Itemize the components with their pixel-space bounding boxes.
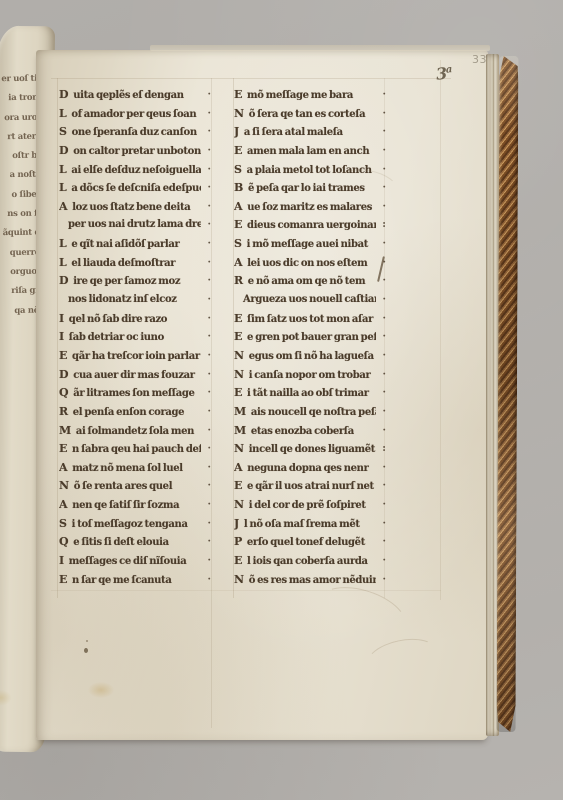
verse-line: Nõ ſe renta ares quel· — [59, 477, 211, 496]
verse-line: Iqel nõ ſab dire razo· — [59, 310, 211, 329]
facing-page-fragment: qa nõ — [0, 301, 39, 321]
line-end-dot: · — [201, 496, 211, 515]
line-end-dot: · — [376, 105, 386, 124]
line-end-dot: · — [376, 552, 386, 571]
verse-text: Aue ſoz maritz es malares — [234, 198, 376, 217]
verse-text: Negus om ſi nõ ha lagueſa — [234, 347, 376, 366]
verse-text: Ni canſa nopor om trobar — [234, 366, 376, 385]
line-end-dot: · — [201, 384, 211, 403]
verse-text: Ee qãr il uos atrai nurſ net — [234, 477, 376, 496]
verse-text: Si mõ meſſage auei nibat — [234, 235, 376, 254]
verse-text: En ſabra qeu hai pauch deſen — [59, 440, 201, 459]
verse-text: En ſar qe me ſcanuta — [59, 571, 201, 590]
verse-line: Ei tãt nailla ao obſ trimar· — [234, 384, 386, 403]
verse-line: En ſar qe me ſcanuta· — [59, 571, 211, 590]
verse-text: Rel penſa enſon corage — [59, 403, 201, 422]
verse-text: Nõ es res mas amor nẽduin — [234, 571, 376, 590]
line-end-dot: · — [201, 552, 211, 571]
verse-line: Negus om ſi nõ ha lagueſa· — [234, 347, 386, 366]
stain — [0, 690, 12, 706]
verse-line: El iois qan coberſa aurda· — [234, 552, 386, 571]
facing-page-fragment: ãquint d — [0, 224, 40, 244]
line-end-dot: · — [201, 440, 211, 459]
verse-text: Qãr litrames ſon meſſage — [59, 384, 201, 403]
line-end-dot: · — [201, 422, 211, 441]
verse-line: Sone ſperanſa duz canſon· — [59, 123, 211, 142]
line-end-dot: · — [201, 254, 211, 273]
stain — [88, 682, 114, 698]
verse-line: Alei uos dic on nos eſtem· — [234, 254, 386, 273]
verse-line: Imeſſages ce diſ nĩſouia· — [59, 552, 211, 571]
verse-line: Jl nõ oſa maſ ſrema mẽt· — [234, 515, 386, 534]
line-end-dot: · — [201, 86, 211, 105]
line-end-dot: · — [376, 496, 386, 515]
line-end-dot: · — [376, 384, 386, 403]
verse-line: Rel penſa enſon corage· — [59, 403, 211, 422]
line-end-dot: · — [376, 366, 386, 385]
verse-text: Amatz nõ mena ſol luel — [59, 459, 201, 478]
verse-text: Ja ſi ſera atal maleſa — [234, 123, 376, 142]
verse-text: Ei tãt nailla ao obſ trimar — [234, 384, 376, 403]
line-end-dot: · — [201, 403, 211, 422]
verse-line: Aloz uos ſtatz bene deita· — [59, 198, 211, 217]
line-end-dot: · — [201, 235, 211, 254]
text-column-left: Duita qeplẽs eſ dengan·Lof amador per qe… — [59, 86, 211, 589]
line-end-dot: · — [376, 291, 386, 310]
line-end-dot: · — [376, 533, 386, 552]
line-end-dot: · — [201, 216, 211, 235]
verse-line: Lel liauda deſmoſtrar· — [59, 254, 211, 273]
verse-text: Nincell qe dones liguamẽt — [234, 440, 376, 459]
verse-text: Mai ſolmandetz ſola men — [59, 422, 201, 441]
folio-number-pencil: 33 — [472, 53, 487, 66]
verse-text: Imeſſages ce diſ nĩſouia — [59, 552, 201, 571]
verse-line: Edieus comanra uergoinar: — [234, 216, 386, 235]
line-end-dot: · — [201, 366, 211, 385]
verse-line: Si toſ meſſagoz tengana· — [59, 515, 211, 534]
verse-text: Si toſ meſſagoz tengana — [59, 515, 201, 534]
line-end-dot: · — [201, 123, 211, 142]
verse-line: Dcua auer dir mas fouzar· — [59, 366, 211, 385]
verse-text: Le qĩt nai aſidõſ parlar — [59, 235, 201, 254]
verse-line: Qe ſitis ſi deſt elouia· — [59, 533, 211, 552]
verse-line: Lof amador per qeus ſoan· — [59, 105, 211, 124]
line-end-dot: · — [201, 477, 211, 496]
line-end-dot: · — [376, 515, 386, 534]
verse-line: Ja ſi ſera atal maleſa· — [234, 123, 386, 142]
verse-line: Aneguna dopna qes nenr· — [234, 459, 386, 478]
page-stack-top-edge — [150, 45, 490, 51]
line-end-dot: · — [201, 347, 211, 366]
verse-text: Argueza uos nouell caſtiar — [234, 291, 376, 310]
verse-text: Mais noucell qe noſtra peſa — [234, 403, 376, 422]
verse-line: Qãr litrames ſon meſſage· — [59, 384, 211, 403]
verse-line: Don caltor pretar unboton· — [59, 142, 211, 161]
verse-text: Ee gren pot bauer gran peſa — [234, 328, 376, 347]
verse-line: nos lidonatz inſ elcoz· — [59, 291, 211, 310]
text-column-right: Emõ meſſage me bara·Nõ ſera qe tan es co… — [234, 86, 386, 589]
verse-line: Ni del cor de prẽ ſoſpiret· — [234, 496, 386, 515]
line-end-dot: · — [376, 310, 386, 329]
line-end-dot: · — [201, 179, 211, 198]
ink-speck — [84, 648, 88, 653]
verse-line: Iſab detriar oc iuno· — [59, 328, 211, 347]
verse-text: Duita qeplẽs eſ dengan — [59, 86, 201, 105]
verse-line: La dõcs ſe deſcniſa edeſpuella· — [59, 179, 211, 198]
line-end-dot: · — [201, 515, 211, 534]
verse-line: Eqãr ha treſcor ioin parlar· — [59, 347, 211, 366]
verse-text: Eqãr ha treſcor ioin parlar — [59, 347, 201, 366]
line-end-dot: · — [376, 422, 386, 441]
verse-line: Dire qe per ſamoz moz· — [59, 272, 211, 291]
line-end-dot: · — [201, 310, 211, 329]
verse-text: Iſab detriar oc iuno — [59, 328, 201, 347]
line-end-dot: · — [201, 328, 211, 347]
line-end-dot: · — [376, 403, 386, 422]
ruling-line — [440, 60, 441, 600]
line-end-dot: · — [201, 291, 211, 310]
facing-page-fragment: querre — [0, 243, 40, 263]
line-end-dot: · — [376, 477, 386, 496]
verse-text: Nõ ſe renta ares quel — [59, 477, 201, 496]
verse-text: Lof amador per qeus ſoan — [59, 105, 201, 124]
facing-page-fragment: riſa gr — [0, 282, 39, 302]
line-end-dot: · — [201, 198, 211, 217]
line-end-dot: · — [376, 123, 386, 142]
line-end-dot: · — [201, 459, 211, 478]
line-end-dot: · — [201, 161, 211, 180]
verse-text: Iqel nõ ſab dire razo — [59, 310, 201, 329]
line-end-dot: · — [376, 235, 386, 254]
verse-text: Metas enozba coberſa — [234, 422, 376, 441]
verse-line: Re nõ ama om qe nõ tem· — [234, 272, 386, 291]
verse-text: El iois qan coberſa aurda — [234, 552, 376, 571]
verse-text: Lai elſe deſduz neſoiguella — [59, 161, 201, 180]
verse-text: Eamen mala lam en anch — [234, 142, 376, 161]
verse-text: Anen qe ſatiſ ſir ſozma — [59, 496, 201, 515]
ruling-line — [57, 78, 58, 598]
line-end-dot: · — [201, 571, 211, 590]
verse-text: Nõ ſera qe tan es corteſa — [234, 105, 376, 124]
verse-line: En ſabra qeu hai pauch deſen· — [59, 440, 211, 459]
binding-edge — [497, 56, 519, 732]
verse-line: Eamen mala lam en anch· — [234, 142, 386, 161]
verse-text: La dõcs ſe deſcniſa edeſpuella — [59, 179, 201, 198]
verse-text: Ni del cor de prẽ ſoſpiret — [234, 496, 376, 515]
verse-line: Ee gren pot bauer gran peſa· — [234, 328, 386, 347]
verse-line: Perſo quel tonef delugẽt· — [234, 533, 386, 552]
verse-text: Edieus comanra uergoinar — [234, 216, 376, 235]
verse-text: Aloz uos ſtatz bene deita — [59, 198, 201, 217]
line-end-dot: · — [376, 459, 386, 478]
verse-text: Jl nõ oſa maſ ſrema mẽt — [234, 515, 376, 534]
verse-line: Ni canſa nopor om trobar· — [234, 366, 386, 385]
verse-line: Nõ es res mas amor nẽduin· — [234, 571, 386, 590]
facing-page-fragment: orguol — [0, 263, 40, 283]
folio-ink-superscript: a — [445, 64, 452, 76]
line-end-dot: · — [201, 272, 211, 291]
facing-page-fragment: o ſiber — [0, 185, 41, 205]
verse-line: Amatz nõ mena ſol luel· — [59, 459, 211, 478]
verse-line: Lai elſe deſduz neſoiguella· — [59, 161, 211, 180]
verse-line: Ee qãr il uos atrai nurſ net· — [234, 477, 386, 496]
verse-text: Re nõ ama om qe nõ tem — [234, 272, 376, 291]
verse-text: per uos nai drutz lama dreita — [59, 216, 201, 235]
verse-line: Anen qe ſatiſ ſir ſozma· — [59, 496, 211, 515]
verse-text: Dcua auer dir mas fouzar — [59, 366, 201, 385]
line-end-dot: : — [376, 216, 386, 235]
verse-line: Le qĩt nai aſidõſ parlar· — [59, 235, 211, 254]
verse-line: Eſim ſatz uos tot mon aſar· — [234, 310, 386, 329]
verse-line: Argueza uos nouell caſtiar· — [234, 291, 386, 310]
line-end-dot: · — [376, 142, 386, 161]
verse-line: Mai ſolmandetz ſola men· — [59, 422, 211, 441]
line-end-dot: : — [376, 440, 386, 459]
verse-line: Nincell qe dones liguamẽt: — [234, 440, 386, 459]
manuscript-page: Duita qeplẽs eſ dengan·Lof amador per qe… — [36, 50, 488, 740]
verse-text: Emõ meſſage me bara — [234, 86, 376, 105]
ruling-line — [51, 78, 451, 79]
ink-speck — [86, 640, 88, 642]
verse-line: Mais noucell qe noſtra peſa· — [234, 403, 386, 422]
verse-text: Don caltor pretar unboton — [59, 142, 201, 161]
verse-text: Lel liauda deſmoſtrar — [59, 254, 201, 273]
facing-page-fragment: a noſta — [0, 166, 41, 186]
manuscript-photo: er uoſ tiaia trordora uroyrt aterdoſtr b… — [0, 0, 563, 800]
line-end-dot: · — [376, 86, 386, 105]
line-end-dot: · — [376, 328, 386, 347]
verse-text: Eſim ſatz uos tot mon aſar — [234, 310, 376, 329]
line-end-dot: · — [376, 571, 386, 590]
verse-text: Sone ſperanſa duz canſon — [59, 123, 201, 142]
verse-text: Perſo quel tonef delugẽt — [234, 533, 376, 552]
ruling-line — [51, 590, 441, 591]
verse-line: Duita qeplẽs eſ dengan· — [59, 86, 211, 105]
verse-text: Alei uos dic on nos eſtem — [234, 254, 376, 273]
verse-text: Dire qe per ſamoz moz — [59, 272, 201, 291]
verse-line: per uos nai drutz lama dreita· — [59, 216, 211, 235]
verse-text: nos lidonatz inſ elcoz — [59, 291, 201, 310]
verse-line: Metas enozba coberſa· — [234, 422, 386, 441]
verse-line: Si mõ meſſage auei nibat· — [234, 235, 386, 254]
line-end-dot: · — [201, 105, 211, 124]
line-end-dot: · — [201, 142, 211, 161]
verse-text: Aneguna dopna qes nenr — [234, 459, 376, 478]
verse-line: Nõ ſera qe tan es corteſa· — [234, 105, 386, 124]
ruling-line — [211, 78, 212, 728]
line-end-dot: · — [376, 347, 386, 366]
verse-line: Emõ meſſage me bara· — [234, 86, 386, 105]
line-end-dot: · — [201, 533, 211, 552]
verse-text: Qe ſitis ſi deſt elouia — [59, 533, 201, 552]
folio-annotation-ink: 3a — [435, 63, 453, 84]
facing-page-fragment: ns on ſi — [0, 205, 41, 225]
